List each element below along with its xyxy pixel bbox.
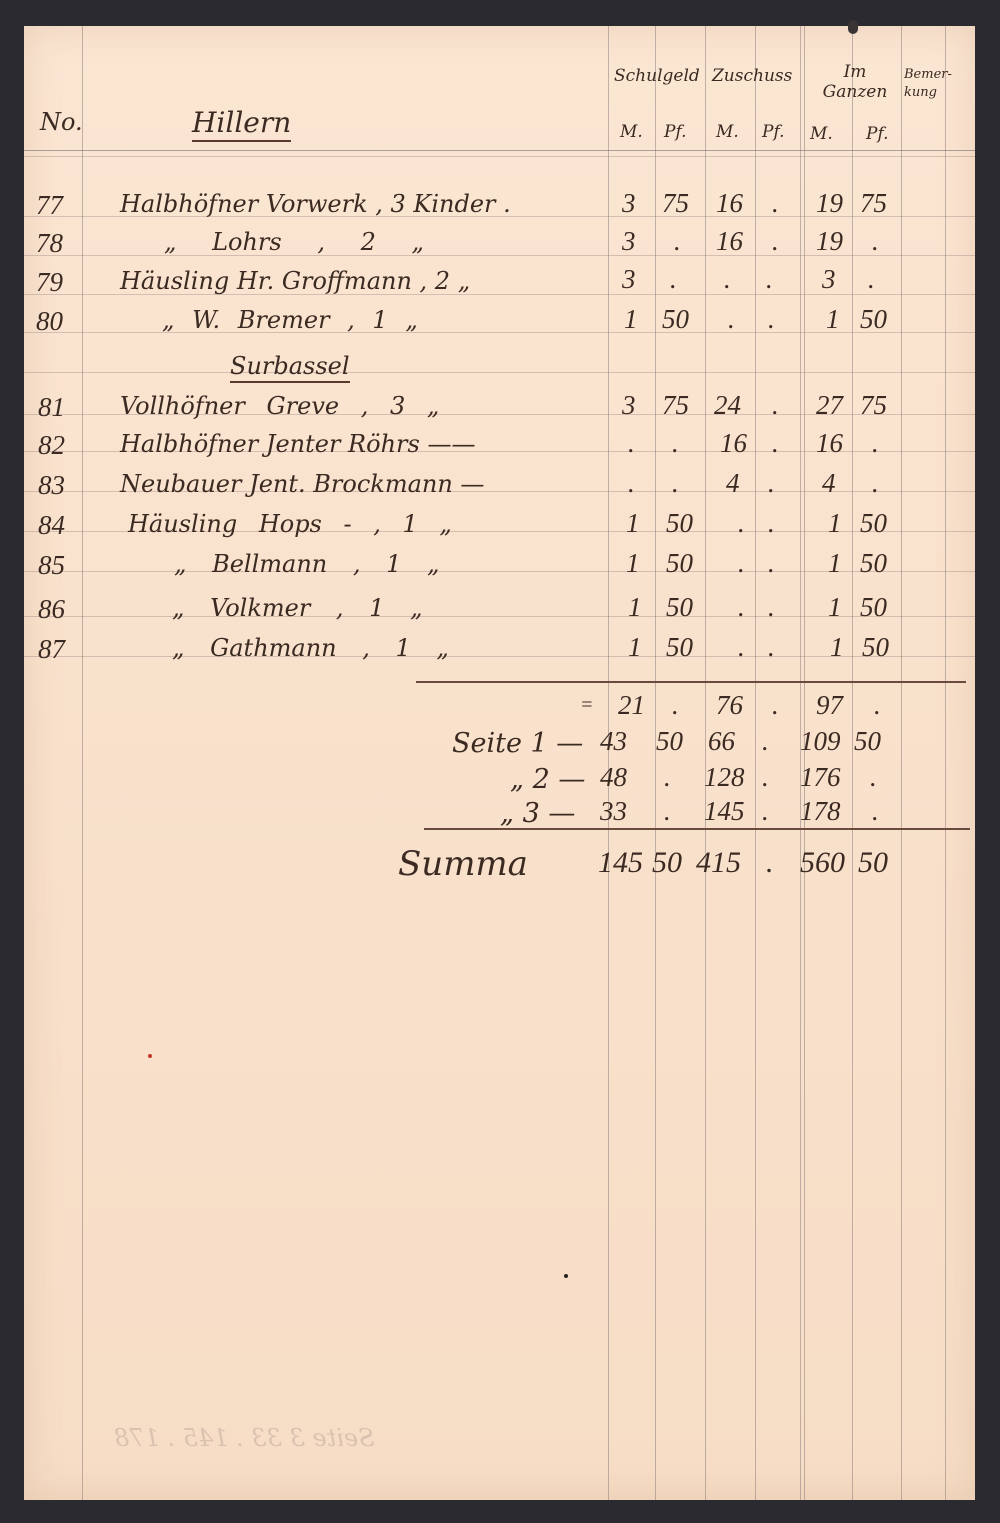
zuschuss-pfennig: .: [766, 264, 773, 295]
header-rule-2: [24, 156, 975, 157]
carry-ig-mark: 176: [800, 762, 841, 793]
zuschuss-mark: .: [728, 304, 735, 335]
row-description: „ Bellmann , 1 „: [174, 550, 439, 578]
im-ganzen-mark: 1: [830, 632, 844, 663]
header-rule: [24, 150, 975, 151]
schulgeld-mark: .: [628, 428, 635, 459]
im-ganzen-pfennig: .: [868, 264, 875, 295]
total-sg-pf: .: [672, 690, 679, 721]
ig-m-header: M.: [810, 124, 833, 144]
zuschuss-mark: 16: [716, 188, 743, 219]
carry-zu-pf: .: [762, 726, 769, 757]
schulgeld-mark: 1: [626, 548, 640, 579]
col-line-right: [945, 26, 946, 1500]
total-label: =: [580, 694, 594, 717]
carry-zu-pf: .: [762, 762, 769, 793]
im-ganzen-pfennig: 50: [860, 592, 887, 623]
zuschuss-pfennig: .: [772, 188, 779, 219]
im-ganzen-mark: 19: [816, 226, 843, 257]
schulgeld-pfennig: 50: [666, 508, 693, 539]
schulgeld-mark: .: [628, 468, 635, 499]
row-description: Neubauer Jent. Brockmann —: [120, 470, 484, 498]
zuschuss-pfennig: .: [768, 548, 775, 579]
row-description: „ Volkmer , 1 „: [172, 594, 423, 622]
schulgeld-mark: 3: [622, 264, 636, 295]
carry-zu-mark: 128: [704, 762, 745, 793]
im-ganzen-mark: 1: [828, 592, 842, 623]
zuschuss-pfennig: .: [768, 508, 775, 539]
zuschuss-mark: .: [724, 264, 731, 295]
zuschuss-pfennig: .: [768, 592, 775, 623]
col-header-schulgeld: Schulgeld: [614, 66, 700, 86]
schulgeld-mark: 3: [622, 226, 636, 257]
row-number: 83: [38, 470, 65, 501]
section-title: Hillern: [192, 106, 291, 142]
row-number: 82: [38, 430, 65, 461]
carry-ig-mark: 109: [800, 726, 841, 757]
im-ganzen-mark: 1: [826, 304, 840, 335]
col-header-zuschuss: Zuschuss: [712, 66, 792, 86]
ig-pf-header: Pf.: [866, 124, 889, 144]
row-description: Häusling Hr. Groffmann , 2 „: [120, 267, 470, 295]
zuschuss-pfennig: .: [772, 390, 779, 421]
im-ganzen-pfennig: .: [872, 468, 879, 499]
im-ganzen-pfennig: 50: [862, 632, 889, 663]
zu-m-header: M.: [716, 122, 739, 142]
row-description: „ Gathmann , 1 „: [172, 634, 449, 662]
carry-zu-pf: .: [762, 796, 769, 827]
summa-sg-pf: 50: [652, 846, 682, 880]
schulgeld-mark: 1: [628, 632, 642, 663]
carry-sg-pf: .: [664, 762, 671, 793]
carry-sg-mark: 48: [600, 762, 627, 793]
im-ganzen-mark: 16: [816, 428, 843, 459]
carry-label: „ 3 —: [500, 798, 575, 829]
summa-zu-pf: .: [766, 846, 774, 880]
zuschuss-pfennig: .: [772, 428, 779, 459]
row-number: 77: [36, 190, 63, 221]
zuschuss-mark: .: [738, 592, 745, 623]
row-description: „ W. Bremer , 1 „: [162, 306, 418, 334]
row-number: 85: [38, 550, 65, 581]
summa-zu-mark: 415: [696, 846, 741, 880]
number-header: No.: [40, 108, 83, 136]
schulgeld-mark: 1: [624, 304, 638, 335]
col-header-im-ganzen: Im Ganzen: [810, 62, 900, 102]
schulgeld-pfennig: .: [670, 264, 677, 295]
total-sg-mark: 21: [618, 690, 645, 721]
row-description: Halbhöfner Jenter Röhrs ——: [120, 430, 475, 458]
schulgeld-pfennig: 50: [666, 632, 693, 663]
schulgeld-pfennig: 50: [666, 548, 693, 579]
summa-sg-mark: 145: [598, 846, 643, 880]
subtotal-rule: [416, 681, 966, 683]
schulgeld-pfennig: .: [672, 428, 679, 459]
row-number: 86: [38, 594, 65, 625]
carry-sg-mark: 33: [600, 796, 627, 827]
carry-ig-mark: 178: [800, 796, 841, 827]
zuschuss-pfennig: .: [768, 468, 775, 499]
ledger-page: No. Hillern Schulgeld Zuschuss Im Ganzen…: [24, 26, 975, 1500]
col-line-bem-left: [901, 26, 902, 1500]
total-ig-pf: .: [874, 690, 881, 721]
margin-line: [82, 26, 83, 1500]
col-line-sg-mid: [655, 26, 656, 1500]
carry-zu-mark: 145: [704, 796, 745, 827]
carry-label: „ 2 —: [510, 764, 585, 795]
zu-pf-header: Pf.: [762, 122, 785, 142]
total-zu-pf: .: [772, 690, 779, 721]
schulgeld-pfennig: .: [674, 226, 681, 257]
carry-sg-pf: .: [664, 796, 671, 827]
row-rule: [24, 372, 975, 373]
col-header-bemerkung: Bemer-kung: [904, 66, 944, 102]
zuschuss-mark: .: [738, 508, 745, 539]
summa-ig-mark: 560: [800, 846, 845, 880]
summa-rule: [424, 828, 970, 830]
carry-sg-mark: 43: [600, 726, 627, 757]
im-ganzen-mark: 27: [816, 390, 843, 421]
im-ganzen-mark: 1: [828, 548, 842, 579]
bleed-through-note: Seite 3 33 . 145 . 178: [114, 1424, 375, 1452]
im-ganzen-mark: 19: [816, 188, 843, 219]
zuschuss-mark: 16: [716, 226, 743, 257]
zuschuss-mark: 24: [714, 390, 741, 421]
row-number: 84: [38, 510, 65, 541]
schulgeld-mark: 3: [622, 390, 636, 421]
carry-zu-mark: 66: [708, 726, 735, 757]
schulgeld-mark: 1: [626, 508, 640, 539]
col-line-ig-mid: [852, 26, 853, 1500]
summa-ig-pf: 50: [858, 846, 888, 880]
row-number: 87: [38, 634, 65, 665]
sg-pf-header: Pf.: [664, 122, 687, 142]
row-description: „ Lohrs , 2 „: [164, 228, 424, 256]
summa-label: Summa: [398, 844, 528, 884]
zuschuss-mark: 4: [726, 468, 740, 499]
carry-ig-pf: .: [870, 762, 877, 793]
row-description: Vollhöfner Greve , 3 „: [120, 392, 439, 420]
im-ganzen-pfennig: 50: [860, 304, 887, 335]
schulgeld-pfennig: .: [672, 468, 679, 499]
schulgeld-pfennig: 75: [662, 188, 689, 219]
zuschuss-pfennig: .: [768, 632, 775, 663]
im-ganzen-mark: 4: [822, 468, 836, 499]
im-ganzen-pfennig: .: [872, 226, 879, 257]
carry-label: Seite 1 —: [452, 728, 583, 759]
row-number: 79: [36, 267, 63, 298]
col-line-zu-mid: [755, 26, 756, 1500]
carry-ig-pf: 50: [854, 726, 881, 757]
im-ganzen-pfennig: 50: [860, 548, 887, 579]
row-number: 78: [36, 228, 63, 259]
ink-speck: [148, 1054, 152, 1058]
im-ganzen-pfennig: 75: [860, 188, 887, 219]
im-ganzen-pfennig: .: [872, 428, 879, 459]
carry-ig-pf: .: [872, 796, 879, 827]
schulgeld-pfennig: 75: [662, 390, 689, 421]
schulgeld-mark: 3: [622, 188, 636, 219]
row-number: 81: [38, 392, 65, 423]
schulgeld-mark: 1: [628, 592, 642, 623]
row-description: Häusling Hops - , 1 „: [128, 510, 452, 538]
im-ganzen-pfennig: 50: [860, 508, 887, 539]
row-description: Halbhöfner Vorwerk , 3 Kinder .: [120, 190, 511, 218]
ink-speck: [564, 1274, 568, 1278]
row-number: 80: [36, 306, 63, 337]
total-zu-mark: 76: [716, 690, 743, 721]
im-ganzen-mark: 3: [822, 264, 836, 295]
total-ig-mark: 97: [816, 690, 843, 721]
ink-blot: [848, 20, 858, 34]
subsection-title: Surbassel: [230, 352, 350, 383]
zuschuss-pfennig: .: [768, 304, 775, 335]
im-ganzen-pfennig: 75: [860, 390, 887, 421]
im-ganzen-mark: 1: [828, 508, 842, 539]
zuschuss-mark: 16: [720, 428, 747, 459]
schulgeld-pfennig: 50: [666, 592, 693, 623]
carry-sg-pf: 50: [656, 726, 683, 757]
zuschuss-mark: .: [738, 548, 745, 579]
sg-m-header: M.: [620, 122, 643, 142]
zuschuss-pfennig: .: [772, 226, 779, 257]
zuschuss-mark: .: [738, 632, 745, 663]
schulgeld-pfennig: 50: [662, 304, 689, 335]
